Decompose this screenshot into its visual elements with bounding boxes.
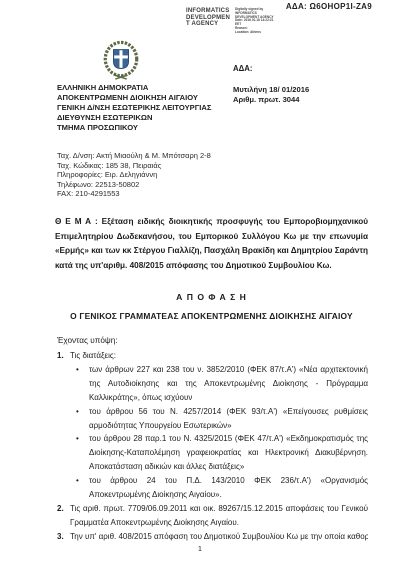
considerations-list: 1. Τις διατάξεις: των άρθρων 227 και 238… (57, 349, 368, 544)
bullet-text: του άρθρου 24 του Π.Δ. 143/2010 ΦΕΚ 236/… (89, 474, 368, 502)
place-date: Μυτιλήνη 18/ 01/2016 (233, 85, 309, 95)
ada-code: ΑΔΑ: Ω6ΟΗΟΡ1Ι-ΖΑ9 (286, 2, 372, 11)
protocol-number: Αριθμ. πρωτ. 3044 (233, 95, 309, 105)
item-number: 3. (57, 530, 70, 544)
bullet-text: του άρθρου 28 παρ.1 του Ν. 4325/2015 (ΦΕ… (89, 432, 368, 474)
bullet-marker-icon (76, 363, 89, 405)
item-number: 1. (57, 349, 70, 502)
signature-details-text: Digitally signed by INFORMATICS DEVELOPM… (235, 8, 293, 35)
place-date-protocol: Μυτιλήνη 18/ 01/2016 Αριθμ. πρωτ. 3044 (233, 85, 309, 105)
item-number: 2. (57, 502, 70, 530)
agency-header: ΕΛΛΗΝΙΚΗ ΔΗΜΟΚΡΑΤΙΑ ΑΠΟΚΕΝΤΡΩΜΕΝΗ ΔΙΟΙΚΗ… (57, 83, 211, 133)
page-number: 1 (0, 546, 400, 553)
bullet-item: των άρθρων 227 και 238 του ν. 3852/2010 … (76, 363, 368, 405)
bullet-text: των άρθρων 227 και 238 του ν. 3852/2010 … (89, 363, 368, 405)
item-text: Την υπ' αριθ. 408/2015 απόφαση του Δημοτ… (70, 530, 368, 544)
decision-title: Α Π Ο Φ Α Σ Η (55, 292, 368, 302)
decision-subtitle: Ο ΓΕΝΙΚΟΣ ΓΡΑΜΜΑΤΕΑΣ ΑΠΟΚΕΝΤΡΩΜΕΝΗΣ ΔΙΟΙ… (45, 311, 378, 321)
bullet-text: του άρθρου 56 του Ν. 4257/2014 (ΦΕΚ 93/τ… (89, 405, 368, 433)
item-text: Τις διατάξεις: (70, 349, 368, 363)
signature-agency-text: INFORMATICS DEVELOPMEN T AGENCY (186, 8, 232, 35)
bullet-marker-icon (76, 432, 89, 474)
contact-info: Ταχ. Δ/νση: Ακτή Μιαούλη & Μ. Μπότσαρη 2… (57, 151, 211, 199)
ada-label: ΑΔΑ: (233, 64, 252, 73)
consideration-item-2: 2. Τις αριθ. πρωτ. 7709/06.09.2011 και ο… (57, 502, 368, 530)
subject-text: Εξέταση ειδικής διοικητικής προσφυγής το… (55, 217, 368, 270)
subject-label: Θ Ε Μ Α : (55, 217, 98, 226)
item-bullets: των άρθρων 227 και 238 του ν. 3852/2010 … (76, 363, 368, 502)
document-page: INFORMATICS DEVELOPMEN T AGENCY Digitall… (0, 0, 400, 565)
coat-of-arms-icon (100, 40, 142, 80)
consideration-item-3: 3. Την υπ' αριθ. 408/2015 απόφαση του Δη… (57, 530, 368, 544)
subject-paragraph: Θ Ε Μ Α : Εξέταση ειδικής διοικητικής πρ… (55, 215, 368, 273)
consideration-item-1: 1. Τις διατάξεις: των άρθρων 227 και 238… (57, 349, 368, 502)
preamble: Έχοντας υπόψη: (57, 336, 118, 345)
bullet-item: του άρθρου 24 του Π.Δ. 143/2010 ΦΕΚ 236/… (76, 474, 368, 502)
bullet-item: του άρθρου 56 του Ν. 4257/2014 (ΦΕΚ 93/τ… (76, 405, 368, 433)
digital-signature-stamp: INFORMATICS DEVELOPMEN T AGENCY Digitall… (186, 8, 293, 35)
bullet-marker-icon (76, 405, 89, 433)
bullet-marker-icon (76, 474, 89, 502)
bullet-item: του άρθρου 28 παρ.1 του Ν. 4325/2015 (ΦΕ… (76, 432, 368, 474)
item-text: Τις αριθ. πρωτ. 7709/06.09.2011 και οικ.… (70, 502, 368, 530)
